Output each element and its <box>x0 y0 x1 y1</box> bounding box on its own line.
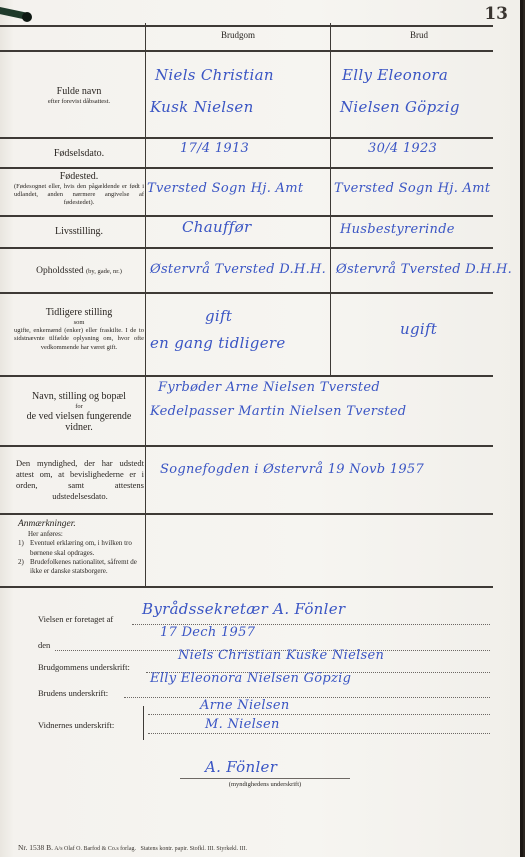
header-bride: Brud <box>331 30 507 40</box>
remarks-item-1-text: Eventuel erklæring om, i hvilken tro bør… <box>30 539 140 557</box>
bride-birth-place: Tversted Sogn Hj. Amt <box>334 181 490 196</box>
groom-signature: Niels Christian Kuske Nielsen <box>178 648 384 663</box>
authority-signature-line <box>180 778 350 779</box>
groom-name-line2: Kusk Nielsen <box>150 98 254 116</box>
label-full-name-sub: efter forevist dåbsattest. <box>14 98 144 106</box>
rule-birth-date <box>0 137 493 139</box>
rule-previous-status <box>0 292 493 294</box>
label-birth-place-sub: (Fødesognet eller, hvis den pågældende e… <box>14 183 144 208</box>
rule-occupation <box>0 215 493 217</box>
remarks-item-2: 2) Brudefolkenes nationalitet, såfremt d… <box>18 558 140 576</box>
publisher: A/s Olaf O. Barfod & Co.s forlag. <box>54 846 136 852</box>
label-full-name-main: Fulde navn <box>14 86 144 98</box>
performed-by-value: Byrådssekretær A. Fönler <box>142 600 345 618</box>
remarks-item-1-num: 1) <box>18 539 30 557</box>
label-residence-main: Opholdssted <box>36 266 84 276</box>
label-birth-place-main: Fødested. <box>14 171 144 183</box>
witness-bracket <box>143 706 148 740</box>
rule-remarks <box>0 513 493 515</box>
witness-signature-1: Arne Nielsen <box>200 698 290 713</box>
authority-signature: A. Fönler <box>205 758 277 776</box>
groom-previous-status-line2: en gang tidligere <box>150 334 286 352</box>
label-witnesses: Navn, stilling og bopæl for de ved viels… <box>14 391 144 434</box>
label-date: den <box>38 640 50 650</box>
label-residence: Opholdssted (by, gade, nr.) <box>14 266 144 277</box>
label-authority: Den myndighed, der har udstedt attest om… <box>16 458 144 502</box>
form-footer: Nr. 1538 B. A/s Olaf O. Barfod & Co.s fo… <box>18 843 247 852</box>
witness-1: Fyrbøder Arne Nielsen Tversted <box>158 380 380 395</box>
rule-residence <box>0 247 493 249</box>
rule-witnesses <box>0 375 493 377</box>
rule-birth-place <box>0 167 493 169</box>
label-witness-signatures: Vidnernes underskrift: <box>38 720 114 730</box>
groom-occupation: Chauffør <box>182 218 251 236</box>
bride-birth-date: 30/4 1923 <box>368 141 437 156</box>
paper-info: Statens kontr. papir. Stofkl. III. Styrk… <box>141 846 248 852</box>
label-full-name: Fulde navn efter forevist dåbsattest. <box>14 86 144 106</box>
label-groom-signature: Brudgommens underskrift: <box>38 662 130 672</box>
label-remarks: Anmærkninger. Her anføres: 1) Eventuel e… <box>18 518 140 576</box>
rule-authority <box>0 445 493 447</box>
header-bottom-rule <box>0 50 493 52</box>
remarks-title: Anmærkninger. <box>18 518 140 530</box>
label-occupation-main: Livsstilling. <box>14 226 144 238</box>
bride-name-line2: Nielsen Göpzig <box>340 98 460 116</box>
authority-value: Sognefogden i Østervrå 19 Novb 1957 <box>160 462 424 477</box>
witness-signature-line-2 <box>148 733 490 734</box>
label-witnesses-main: Navn, stilling og bopæl <box>14 391 144 403</box>
date-value: 17 Dech 1957 <box>160 625 255 640</box>
form-number: Nr. 1538 B. <box>18 843 53 852</box>
label-previous-status-som: som <box>14 319 144 327</box>
label-witnesses-for: for <box>14 403 144 411</box>
bride-signature-line <box>124 697 490 698</box>
table-bottom-rule <box>0 586 493 588</box>
marriage-register-page: 13 Brudgom Brud Fulde navn efter forevis… <box>0 0 523 857</box>
bride-signature: Elly Eleonora Nielsen Göpzig <box>150 671 351 686</box>
witness-signature-line-1 <box>148 714 490 715</box>
remarks-item-2-num: 2) <box>18 558 30 576</box>
bride-residence: Østervrå Tversted D.H.H. <box>336 262 512 277</box>
label-residence-note: (by, gade, nr.) <box>86 268 122 275</box>
remarks-item-1: 1) Eventuel erklæring om, i hvilken tro … <box>18 539 140 557</box>
bride-name-line1: Elly Eleonora <box>342 66 448 84</box>
pin-head-icon <box>22 12 32 22</box>
witness-signature-2: M. Nielsen <box>205 717 280 732</box>
groom-previous-status-line1: gift <box>205 307 232 325</box>
groom-residence: Østervrå Tversted D.H.H. <box>150 262 326 277</box>
label-performed-by: Vielsen er foretaget af <box>38 614 113 624</box>
page-number: 13 <box>484 4 508 24</box>
label-column-divider <box>145 23 146 588</box>
label-birth-place: Fødested. (Fødesognet eller, hvis den på… <box>14 171 144 208</box>
label-witnesses-rest: de ved vielsen fungerende vidner. <box>14 411 144 434</box>
label-birth-date-main: Fødselsdato. <box>14 148 144 160</box>
table-top-rule <box>0 25 493 27</box>
remarks-intro: Her anføres: <box>18 530 140 539</box>
label-previous-status-main: Tidligere stilling <box>14 307 144 319</box>
remarks-item-2-text: Brudefolkenes nationalitet, såfremt de i… <box>30 558 140 576</box>
groom-birth-date: 17/4 1913 <box>180 141 249 156</box>
label-bride-signature: Brudens underskrift: <box>38 688 108 698</box>
label-previous-status: Tidligere stilling som ugifte, enkemænd … <box>14 307 144 352</box>
authority-signature-caption: (myndighedens underskrift) <box>180 781 350 788</box>
label-authority-main: Den myndighed, der har udstedt attest om… <box>16 458 144 502</box>
bride-occupation: Husbestyrerinde <box>340 222 455 237</box>
header-groom: Brudgom <box>146 30 330 40</box>
groom-birth-place: Tversted Sogn Hj. Amt <box>147 181 303 196</box>
witness-2: Kedelpasser Martin Nielsen Tversted <box>150 404 406 419</box>
bride-previous-status: ugift <box>400 320 437 338</box>
label-occupation: Livsstilling. <box>14 226 144 238</box>
label-previous-status-sub: ugifte, enkemænd (enker) eller fraskilte… <box>14 327 144 352</box>
groom-name-line1: Niels Christian <box>155 66 274 84</box>
groom-bride-divider <box>330 23 331 375</box>
label-birth-date: Fødselsdato. <box>14 148 144 160</box>
